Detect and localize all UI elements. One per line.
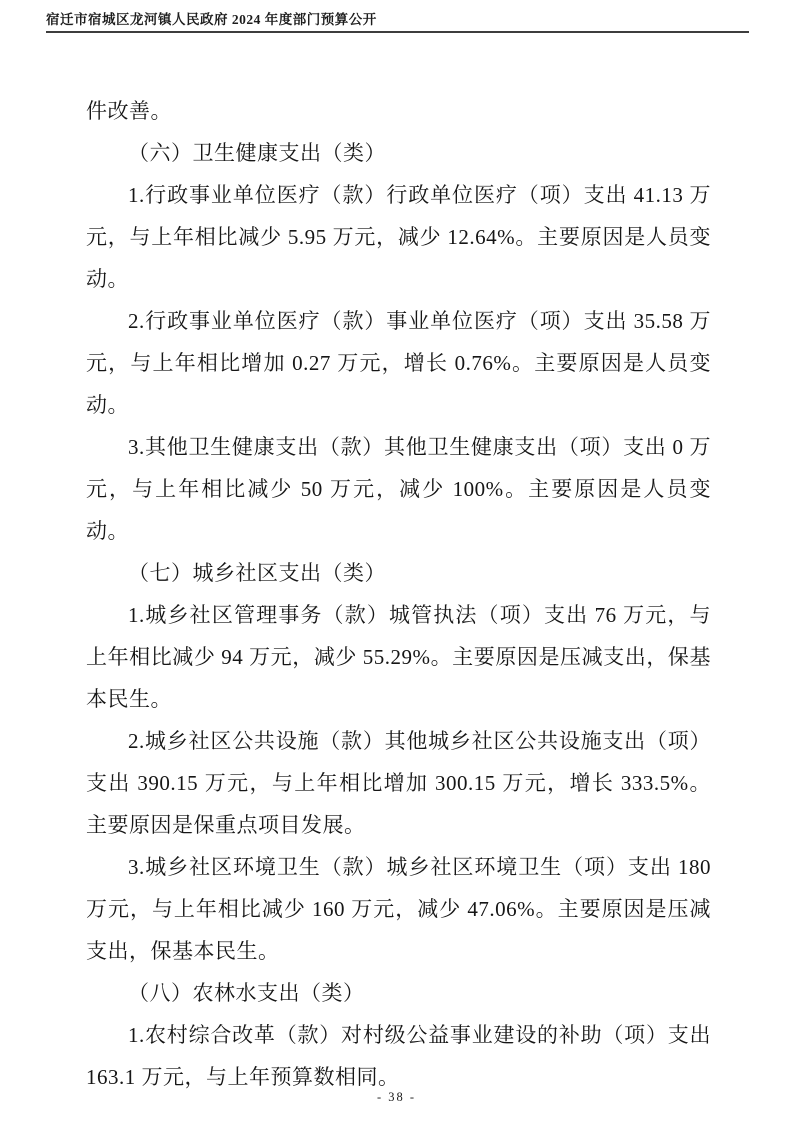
page-number: - 38 - xyxy=(377,1090,416,1104)
paragraph-agriculture-item-1: 1.农村综合改革（款）对村级公益事业建设的补助（项）支出 163.1 万元，与上… xyxy=(86,1014,711,1098)
paragraph-section-7-heading: （七）城乡社区支出（类） xyxy=(86,552,711,594)
header-title: 宿迁市宿城区龙河镇人民政府 2024 年度部门预算公开 xyxy=(46,12,749,28)
page-header: 宿迁市宿城区龙河镇人民政府 2024 年度部门预算公开 xyxy=(46,12,749,33)
paragraph-section-8-heading: （八）农林水支出（类） xyxy=(86,972,711,1014)
document-page: 宿迁市宿城区龙河镇人民政府 2024 年度部门预算公开 件改善。 （六）卫生健康… xyxy=(0,0,793,1122)
page-footer: - 38 - xyxy=(0,1088,793,1106)
paragraph-health-item-3: 3.其他卫生健康支出（款）其他卫生健康支出（项）支出 0 万元，与上年相比减少 … xyxy=(86,426,711,552)
paragraph-continuation: 件改善。 xyxy=(86,90,711,132)
paragraph-community-item-2: 2.城乡社区公共设施（款）其他城乡社区公共设施支出（项）支出 390.15 万元… xyxy=(86,720,711,846)
document-body: 件改善。 （六）卫生健康支出（类） 1.行政事业单位医疗（款）行政单位医疗（项）… xyxy=(86,90,711,1098)
paragraph-community-item-1: 1.城乡社区管理事务（款）城管执法（项）支出 76 万元，与上年相比减少 94 … xyxy=(86,594,711,720)
paragraph-community-item-3: 3.城乡社区环境卫生（款）城乡社区环境卫生（项）支出 180 万元，与上年相比减… xyxy=(86,846,711,972)
paragraph-section-6-heading: （六）卫生健康支出（类） xyxy=(86,132,711,174)
paragraph-health-item-2: 2.行政事业单位医疗（款）事业单位医疗（项）支出 35.58 万元，与上年相比增… xyxy=(86,300,711,426)
paragraph-health-item-1: 1.行政事业单位医疗（款）行政单位医疗（项）支出 41.13 万元，与上年相比减… xyxy=(86,174,711,300)
